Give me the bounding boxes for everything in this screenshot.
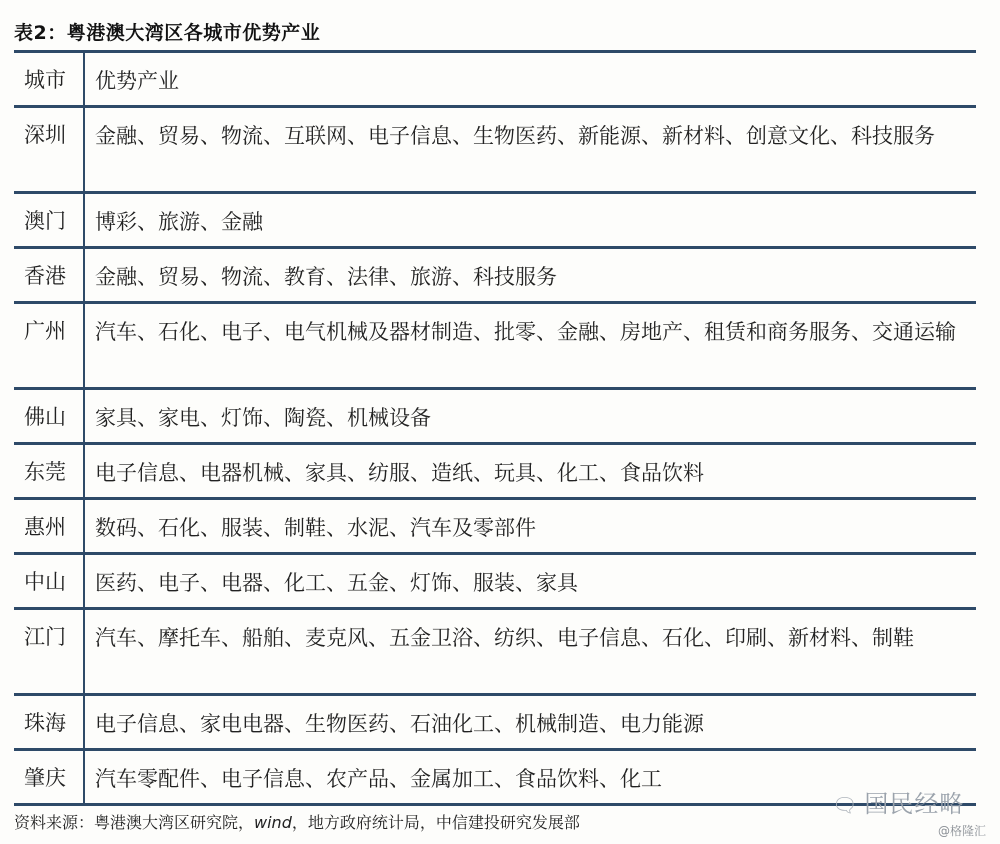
table-header-row: 城市 优势产业 — [14, 53, 976, 108]
industries-cell: 金融、贸易、物流、教育、法律、旅游、科技服务 — [85, 249, 976, 301]
city-cell: 惠州 — [14, 500, 85, 552]
industries-cell: 电子信息、电器机械、家具、纺服、造纸、玩具、化工、食品饮料 — [85, 445, 976, 497]
city-cell: 东莞 — [14, 445, 85, 497]
industries-cell: 金融、贸易、物流、互联网、电子信息、生物医药、新能源、新材料、创意文化、科技服务 — [85, 108, 976, 191]
table-row: 东莞 电子信息、电器机械、家具、纺服、造纸、玩具、化工、食品饮料 — [14, 445, 976, 500]
industries-cell: 家具、家电、灯饰、陶瓷、机械设备 — [85, 390, 976, 442]
source-prefix: 资料来源：粤港澳大湾区研究院， — [14, 813, 254, 832]
table-row: 江门 汽车、摩托车、船舶、麦克风、五金卫浴、纺织、电子信息、石化、印刷、新材料、… — [14, 610, 976, 696]
city-cell: 佛山 — [14, 390, 85, 442]
city-cell: 香港 — [14, 249, 85, 301]
table-row: 深圳 金融、贸易、物流、互联网、电子信息、生物医药、新能源、新材料、创意文化、科… — [14, 108, 976, 194]
handle-watermark: @格隆汇 — [938, 822, 986, 839]
table-row: 珠海 电子信息、家电电器、生物医药、石油化工、机械制造、电力能源 — [14, 696, 976, 751]
header-city: 城市 — [14, 53, 85, 105]
wechat-watermark-text: 国民经略 — [864, 790, 964, 818]
industries-cell: 博彩、旅游、金融 — [85, 194, 976, 246]
source-suffix: ，地方政府统计局，中信建投研究发展部 — [292, 813, 580, 832]
city-cell: 中山 — [14, 555, 85, 607]
table-row: 惠州 数码、石化、服装、制鞋、水泥、汽车及零部件 — [14, 500, 976, 555]
city-cell: 澳门 — [14, 194, 85, 246]
table-row: 澳门 博彩、旅游、金融 — [14, 194, 976, 249]
table-row: 广州 汽车、石化、电子、电气机械及器材制造、批零、金融、房地产、租赁和商务服务、… — [14, 304, 976, 390]
wechat-watermark: 🗨国民经略 — [832, 784, 964, 819]
table-title: 表2：粤港澳大湾区各城市优势产业 — [14, 18, 320, 45]
city-cell: 肇庆 — [14, 751, 85, 803]
industries-cell: 电子信息、家电电器、生物医药、石油化工、机械制造、电力能源 — [85, 696, 976, 748]
industries-cell: 汽车、摩托车、船舶、麦克风、五金卫浴、纺织、电子信息、石化、印刷、新材料、制鞋 — [85, 610, 976, 693]
industry-table: 城市 优势产业 深圳 金融、贸易、物流、互联网、电子信息、生物医药、新能源、新材… — [14, 50, 976, 806]
wechat-bubble-icon: 🗨 — [832, 793, 858, 817]
table-row: 佛山 家具、家电、灯饰、陶瓷、机械设备 — [14, 390, 976, 445]
header-industries: 优势产业 — [85, 53, 976, 105]
city-cell: 广州 — [14, 304, 85, 387]
industries-cell: 汽车、石化、电子、电气机械及器材制造、批零、金融、房地产、租赁和商务服务、交通运… — [85, 304, 976, 387]
city-cell: 深圳 — [14, 108, 85, 191]
table-row: 香港 金融、贸易、物流、教育、法律、旅游、科技服务 — [14, 249, 976, 304]
table-row: 中山 医药、电子、电器、化工、五金、灯饰、服装、家具 — [14, 555, 976, 610]
industries-cell: 数码、石化、服装、制鞋、水泥、汽车及零部件 — [85, 500, 976, 552]
source-note: 资料来源：粤港澳大湾区研究院，wind，地方政府统计局，中信建投研究发展部 — [14, 810, 580, 833]
city-cell: 江门 — [14, 610, 85, 693]
city-cell: 珠海 — [14, 696, 85, 748]
industries-cell: 医药、电子、电器、化工、五金、灯饰、服装、家具 — [85, 555, 976, 607]
source-italic: wind — [254, 813, 292, 832]
